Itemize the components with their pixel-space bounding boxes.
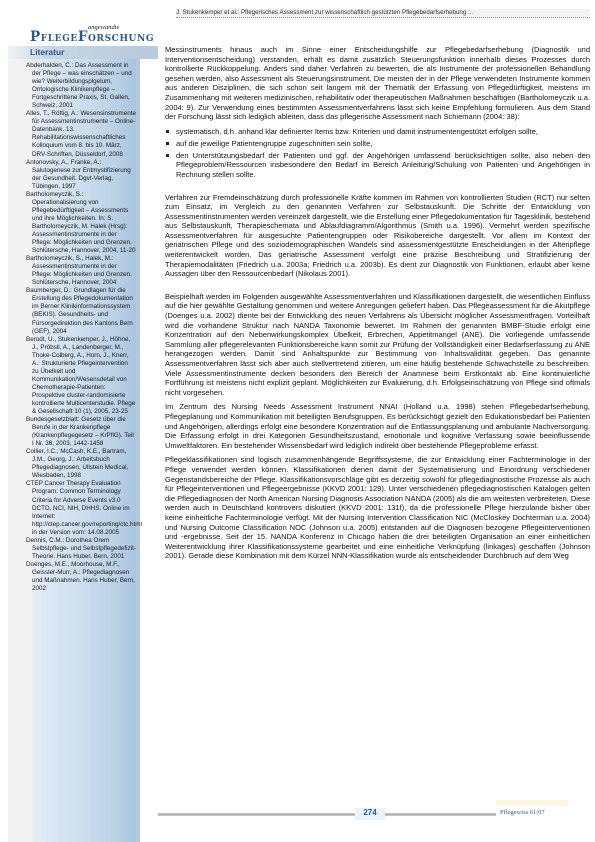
reference-item: Antonovsky, A., Franke, A.: Salutogenese… (26, 159, 136, 191)
sidebar-edge (136, 46, 140, 842)
journal-logo: PflegeForschung angewandte (30, 28, 154, 48)
reference-item: Baumberger, D.: Grundlagen für die Erste… (26, 287, 136, 335)
reference-item: Alles, T., Röttig, A.: Wesensinstrumente… (26, 110, 136, 158)
paragraph: Pflegeklassifikationen sind logisch zusa… (165, 455, 590, 561)
reference-item: Bundesgesetzblatt: Gesetz über die Beruf… (26, 416, 136, 448)
main-body: Messinstruments hinaus auch im Sinne ein… (165, 45, 590, 566)
reference-item: Bartholomeyczik, S., Halek, M.: Assessme… (26, 255, 136, 287)
bullet-item: den Unterstützungsbedarf der Patienten u… (165, 151, 590, 180)
paragraph: Im Zentrum des Nursing Needs Assessment … (165, 402, 590, 450)
reference-item: Abderhalden, C.: Das Assessment in der P… (26, 62, 136, 110)
reference-item: CTEP Cancer Therapy Evaluation Program: … (26, 480, 136, 536)
bullet-item: auf die jeweilige Patientengruppe zugesc… (165, 139, 590, 149)
reference-item: Collier, I.C., McCash, K.E., Bartram, J.… (26, 448, 136, 480)
paragraph: Messinstruments hinaus auch im Sinne ein… (165, 45, 590, 122)
logo-title: PflegeForschung (30, 29, 154, 45)
paragraph: Verfahren zur Fremdeinschätzung durch pr… (165, 193, 590, 279)
reference-item: Dennis, C.M.: Dorothea Orem Selbstpflege… (26, 537, 136, 561)
reference-item: Doenges, M.E., Moorhouse, M.F., Geissler… (26, 561, 136, 593)
paragraph: Beispielhaft werden im Folgenden ausgewä… (165, 292, 590, 398)
reference-item: Bartholomeyczik, S.: Operationalisierung… (26, 191, 136, 255)
footer-rule-right (382, 813, 496, 816)
reference-list: Abderhalden, C.: Das Assessment in der P… (26, 62, 136, 593)
bullet-item: systematisch, d.h. anhand klar definiert… (165, 127, 590, 137)
running-head: J. Stukenkemper et al.: Pflegerisches As… (176, 9, 590, 18)
bullet-list: systematisch, d.h. anhand klar definiert… (165, 127, 590, 180)
footer-rule-left (158, 813, 358, 816)
page-number: 274 (355, 808, 385, 820)
reference-item: Berodt, U., Stukenkemper, J., Höhne, J.,… (26, 336, 136, 416)
logo-subtitle: angewandte (88, 24, 119, 31)
journal-reference: Pflegewiss 61/07 (496, 800, 568, 822)
sidebar-heading: Literatur (8, 46, 158, 59)
